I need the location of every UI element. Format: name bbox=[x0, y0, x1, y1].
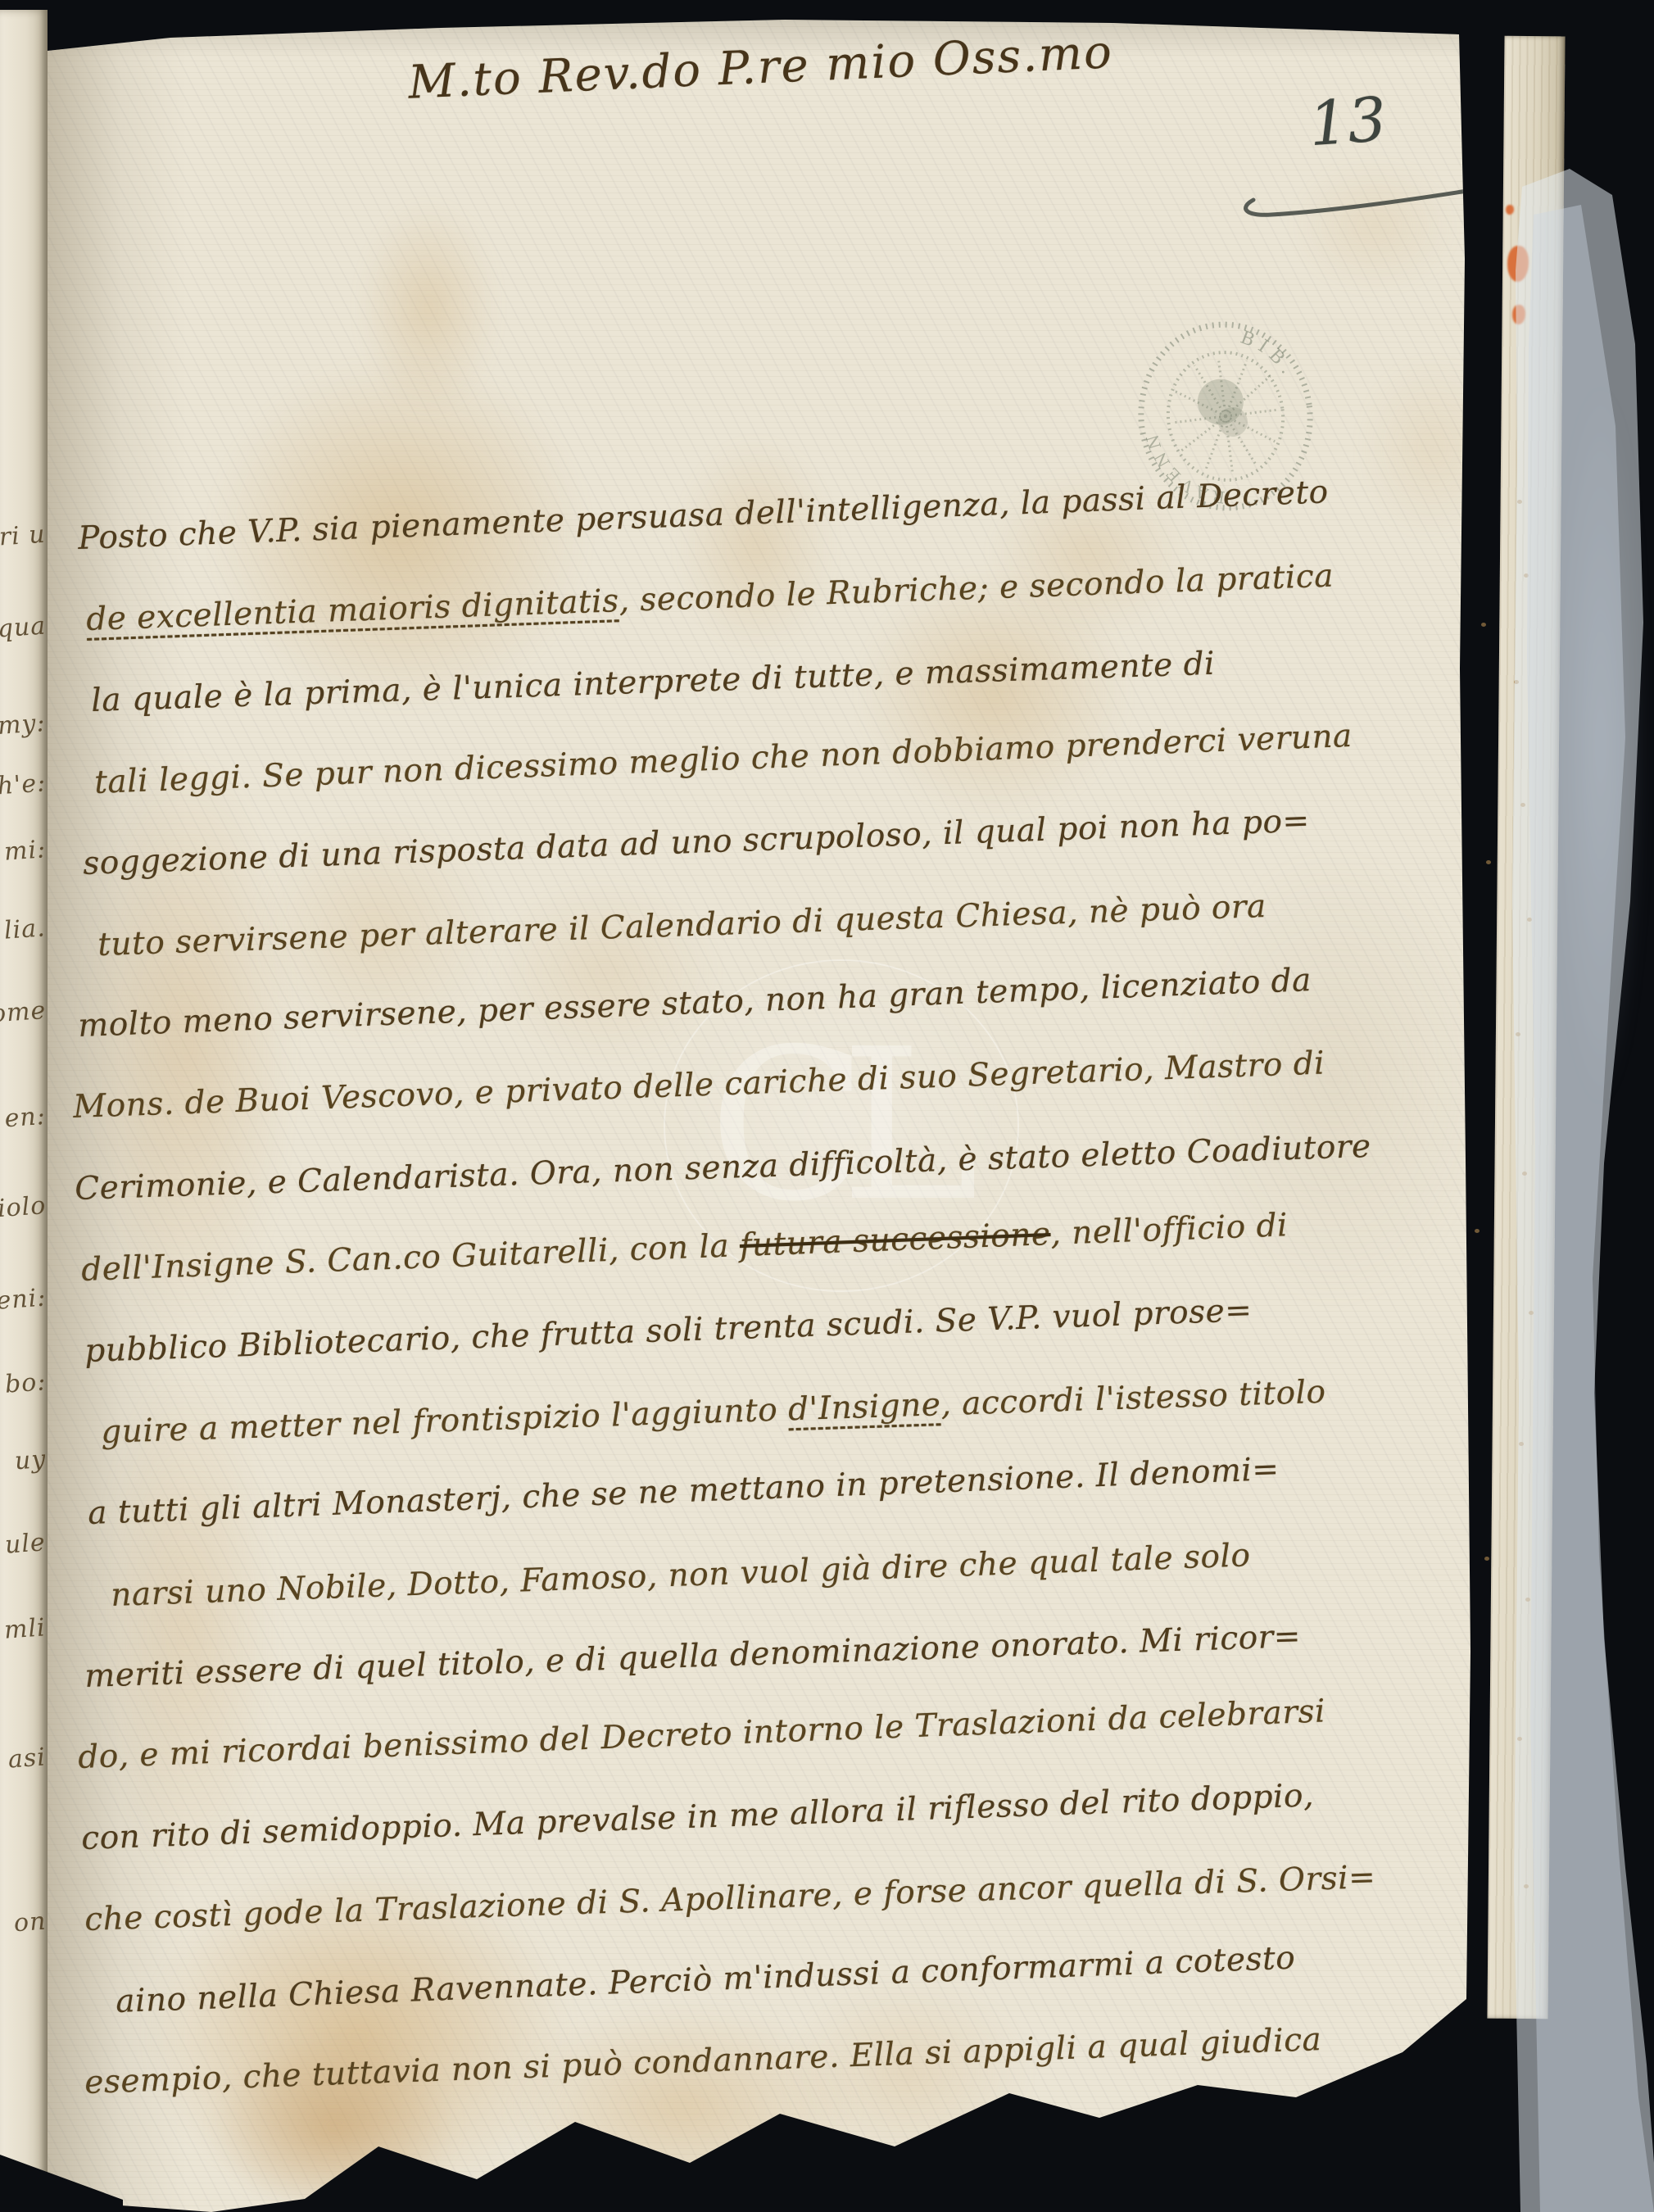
margin-fragment: mi: bbox=[3, 837, 47, 864]
margin-fragment: asi bbox=[7, 1745, 47, 1772]
struck-phrase: futura successione bbox=[739, 1216, 1051, 1264]
foxing-speck bbox=[1517, 1737, 1522, 1741]
manuscript-line: Mons. de Buoi Vescovo, e privato delle c… bbox=[73, 1048, 1325, 1124]
manuscript-line: pubblico Bibliotecario, che frutta soli … bbox=[84, 1294, 1253, 1367]
foxing-speck bbox=[1481, 623, 1486, 627]
margin-fragment: ule bbox=[4, 1530, 47, 1557]
manuscript-line: tuto servirsene per alterare il Calendar… bbox=[97, 891, 1267, 961]
foxing-speck bbox=[1527, 918, 1532, 922]
manuscript-line: guire a metter nel frontispizio l'aggiun… bbox=[101, 1376, 1326, 1448]
foxing-speck bbox=[1524, 573, 1529, 578]
underlined-phrase: d'Insigne bbox=[787, 1386, 941, 1428]
margin-fragment: do, come bbox=[0, 999, 47, 1031]
foxing-speck bbox=[1525, 1598, 1530, 1602]
bottom-edge-fragment: Vra. bbox=[1035, 2108, 1112, 2151]
manuscript-line: meriti essere di quel titolo, e di quell… bbox=[84, 1620, 1302, 1693]
manuscript-line: soggezione di una risposta data ad uno s… bbox=[83, 805, 1311, 880]
margin-fragment: a in qua bbox=[0, 614, 47, 646]
archival-photo-scene: nostri ua in quamy:ch'e:mi:lia.do, comec… bbox=[0, 0, 1654, 2212]
foxing-speck bbox=[1524, 1884, 1529, 1888]
margin-fragment: bo: bbox=[4, 1370, 47, 1397]
margin-fragment: leni: bbox=[0, 1286, 47, 1315]
manuscript-line: dell'Insigne S. Can.co Guitarelli, con l… bbox=[81, 1209, 1289, 1286]
paper-stain bbox=[359, 202, 498, 415]
manuscript-line: con rito di semidoppio. Ma prevalse in m… bbox=[81, 1779, 1315, 1855]
margin-fragment: ch'e: bbox=[0, 771, 47, 800]
foxing-speck bbox=[1529, 1311, 1534, 1315]
manuscript-line: molto meno servirsene, per essere stato,… bbox=[78, 964, 1312, 1042]
manuscript-line: esempio, che tuttavia non si può condann… bbox=[84, 2024, 1322, 2099]
tissue-sheen bbox=[1555, 385, 1647, 1106]
manuscript-line: che costì gode la Traslazione di S. Apol… bbox=[84, 1861, 1376, 1936]
margin-fragment: lia. bbox=[3, 916, 47, 943]
underlined-phrase: de excellentia maioris dignitatis bbox=[86, 582, 620, 638]
previous-leaf-edge: nostri ua in quamy:ch'e:mi:lia.do, comec… bbox=[0, 10, 48, 2212]
foxing-speck bbox=[1516, 1032, 1520, 1036]
foxing-speck bbox=[1520, 803, 1525, 807]
foxing-speck bbox=[1522, 1172, 1527, 1176]
foxing-speck bbox=[1475, 1229, 1480, 1233]
page-number: 13 bbox=[1307, 89, 1389, 155]
manuscript-line: Posto che V.P. sia pienamente persuasa d… bbox=[78, 476, 1330, 555]
manuscript-line: do, e mi ricordai benissimo del Decreto … bbox=[78, 1695, 1326, 1774]
margin-fragment: con en: bbox=[0, 1104, 47, 1135]
margin-fragment: mli bbox=[3, 1616, 47, 1643]
foxing-speck bbox=[1519, 1442, 1524, 1446]
watermark-monogram: CL bbox=[709, 1022, 951, 1231]
page-number-underline bbox=[1237, 165, 1507, 231]
foxing-speck bbox=[1514, 680, 1519, 684]
manuscript-line: narsi uno Nobile, Dotto, Famoso, non vuo… bbox=[111, 1539, 1251, 1611]
margin-fragment: Biolo bbox=[0, 1194, 47, 1223]
paper-stain bbox=[506, 2004, 859, 2209]
manuscript-line: tali leggi. Se pur non dicessimo meglio … bbox=[94, 720, 1353, 799]
foxing-speck bbox=[1484, 1557, 1489, 1561]
manuscript-line: la quale è la prima, è l'unica interpret… bbox=[91, 648, 1216, 717]
manuscript-page: CL BIB. RAVENNA bbox=[48, 13, 1517, 2212]
margin-fragment: on bbox=[13, 1910, 47, 1937]
salutation: M.to Rev.do P.re mio Oss.mo bbox=[407, 27, 1114, 108]
margin-fragment: nostri u bbox=[0, 523, 47, 555]
foxing-speck bbox=[1486, 860, 1491, 864]
manuscript-line: a tutti gli altri Monasterj, che se ne m… bbox=[88, 1453, 1280, 1530]
book-fore-edge bbox=[1487, 36, 1565, 2019]
paper-stain bbox=[1358, 357, 1506, 537]
manuscript-line: de excellentia maioris dignitatis, secon… bbox=[86, 560, 1335, 636]
margin-fragment: my: bbox=[0, 711, 47, 739]
margin-fragment: uy bbox=[14, 1448, 47, 1475]
manuscript-line: Cerimonie, e Calendarista. Ora, non senz… bbox=[75, 1130, 1372, 1204]
paper-stain bbox=[678, 439, 834, 652]
foxing-speck bbox=[1517, 500, 1522, 504]
manuscript-line: aino nella Chiesa Ravennate. Perciò m'in… bbox=[116, 1942, 1296, 2018]
